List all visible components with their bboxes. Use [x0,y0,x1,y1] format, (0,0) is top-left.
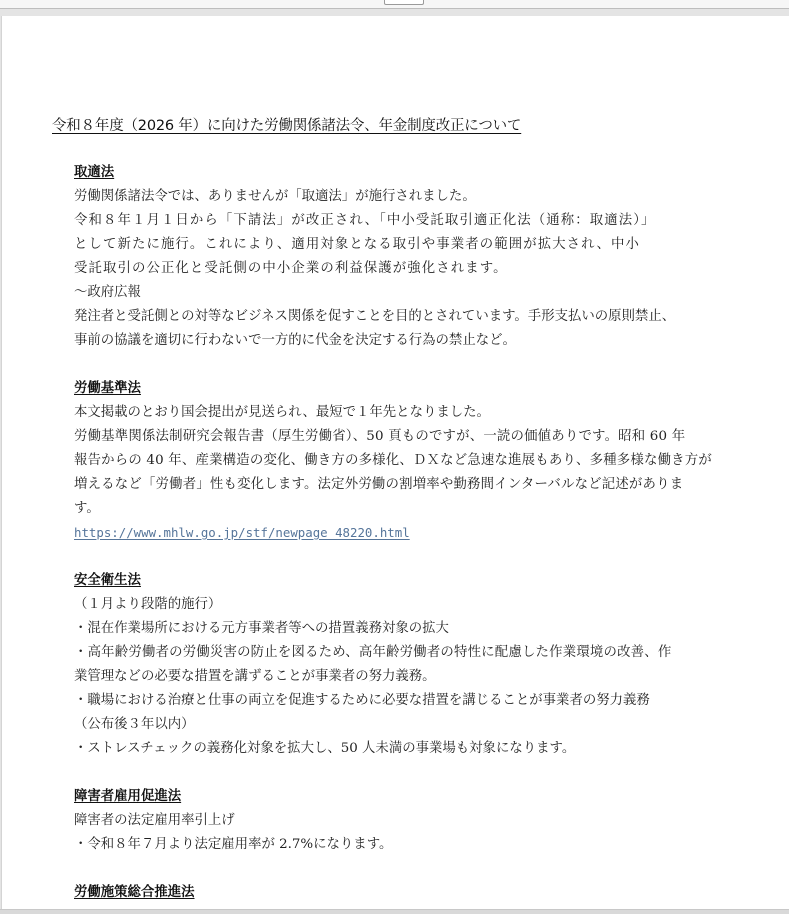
mhlw-report-link[interactable]: https://www.mhlw.go.jp/stf/newpage_48220… [74,521,726,545]
bullet-item-continuation: （公布後３年以内） [74,713,726,737]
section-heading-labor-policy-act: 労働施策総合推進法 [74,881,726,905]
section-heading-labor-standards-act: 労働基準法 [74,377,726,401]
paragraph-line: 報告からの 40 年、産業構造の変化、働き方の多様化、ＤＸなど急速な進展もあり、… [74,449,726,473]
paragraph-line: 労働関係諸法令では、ありませんが「取適法」が施行されました。 [74,185,726,209]
section-heading-safety-health-act: 安全衛生法 [74,569,726,593]
document-title: 令和８年度（2026 年）に向けた労働関係諸法令、年金制度改正について [52,114,521,135]
source-note: 〜政府広報 [74,281,726,305]
bullet-item-continuation: 業管理などの必要な措置を講ずることが事業者の努力義務。 [74,665,726,689]
spacer [74,353,726,377]
page-gutter [0,9,789,16]
viewer-top-toolbar [0,0,789,9]
paragraph-line: 本文掲載のとおり国会提出が見送られ、最短で１年先となりました。 [74,401,726,425]
document-body: 取適法 労働関係諸法令では、ありませんが「取適法」が施行されました。 令和８年１… [74,161,726,905]
viewer-bottom-edge [0,909,789,914]
document-page: 令和８年度（2026 年）に向けた労働関係諸法令、年金制度改正について 取適法 … [1,16,789,909]
paragraph-line: （１月より段階的施行） [74,593,726,617]
paragraph-line: 事前の協議を適切に行わないで一方的に代金を決定する行為の禁止など。 [74,329,726,353]
paragraph-line: 労働基準関係法制研究会報告書（厚生労働省）、50 頁ものですが、一読の価値ありで… [74,425,726,449]
section-heading-disability-employment-act: 障害者雇用促進法 [74,785,726,809]
spacer [74,761,726,785]
paragraph-line: 受託取引の公正化と受託側の中小企業の利益保護が強化されます。 [74,257,726,281]
bullet-item: ・職場における治療と仕事の両立を促進するために必要な措置を講じることが事業者の努… [74,689,726,713]
bullet-item: ・混在作業場所における元方事業者等への措置義務対象の拡大 [74,617,726,641]
paragraph-line: 障害者の法定雇用率引上げ [74,809,726,833]
bullet-item: ・高年齢労働者の労働災害の防止を図るため、高年齢労働者の特性に配慮した作業環境の… [74,641,726,665]
paragraph-line: す。 [74,497,726,521]
paragraph-line: として新たに施行。これにより、適用対象となる取引や事業者の範囲が拡大され、中小 [74,233,726,257]
paragraph-line: 発注者と受託側との対等なビジネス関係を促すことを目的とされています。手形支払いの… [74,305,726,329]
paragraph-line: 増えるなど「労働者」性も変化します。法定外労働の割増率や勤務間インターバルなど記… [74,473,726,497]
section-heading-toritekiho: 取適法 [74,161,726,185]
spacer [74,545,726,569]
bullet-item: ・令和８年７月より法定雇用率が 2.7%になります。 [74,833,726,857]
paragraph-line: 令和８年１月１日から「下請法」が改正され、「中小受託取引適正化法（通称：取適法）… [74,209,726,233]
toolbar-collapse-handle[interactable] [384,0,424,5]
spacer [74,857,726,881]
bullet-item: ・ストレスチェックの義務化対象を拡大し、50 人未満の事業場も対象になります。 [74,737,726,761]
